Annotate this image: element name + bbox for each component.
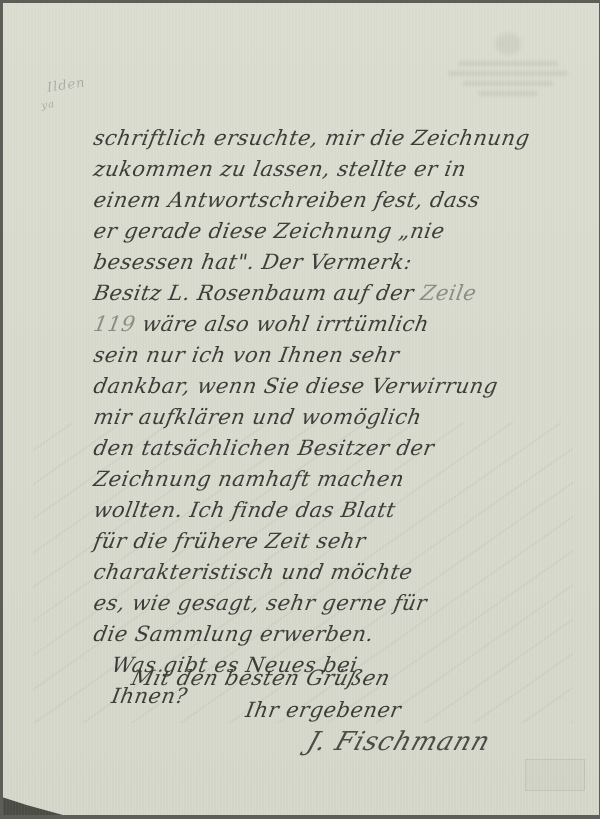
letter-paper: Ilden ya schriftlich ersuchte, mir die Z… (3, 3, 599, 815)
archive-stamp-ghost (525, 759, 585, 791)
letter-line-text: Besitz L. Rosenbaum auf der (92, 281, 423, 305)
letterhead-line (478, 91, 538, 96)
pencil-insert-zeile: Zeile (419, 281, 479, 305)
letter-line: sein nur ich von Ihnen sehr (91, 340, 576, 371)
pencil-insert-119: 119 (92, 312, 138, 336)
letter-line: es, wie gesagt, sehr gerne für (91, 588, 576, 619)
valediction-text: Ihr ergebener (243, 695, 404, 726)
letter-line: einem Antwortschreiben fest, dass (91, 185, 576, 216)
letter-line: dankbar, wenn Sie diese Verwirrung (91, 371, 576, 402)
letter-line: er gerade diese Zeichnung „nie (91, 216, 576, 247)
letter-line: 119 wäre also wohl irrtümlich (91, 309, 576, 340)
pencil-annotation: Ilden ya (46, 75, 88, 110)
letter-line: für die frühere Zeit sehr (91, 526, 576, 557)
letter-line: zukommen zu lassen, stellte er in (91, 154, 576, 185)
letterhead-line (458, 61, 558, 66)
folded-corner-shadow (3, 793, 63, 815)
letter-line: Zeichnung namhaft machen (91, 464, 576, 495)
signature: J. Fischmann (303, 727, 494, 757)
embossed-letterhead-ghost (443, 33, 573, 113)
crest-emboss-icon (495, 33, 521, 55)
letterhead-line (463, 81, 553, 86)
letter-line: den tatsächlichen Besitzer der (91, 433, 576, 464)
letter-line: wollten. Ich finde das Blatt (91, 495, 576, 526)
letter-line: schriftlich ersuchte, mir die Zeichnung (91, 123, 576, 154)
pencil-annotation-line1: Ilden (46, 75, 86, 95)
letter-closing: Mit den besten Grüßen (128, 663, 386, 694)
letter-line: mir aufklären und womöglich (91, 402, 576, 433)
pencil-annotation-line2: ya (41, 94, 89, 111)
letter-line: Besitz L. Rosenbaum auf der Zeile (91, 278, 576, 309)
closing-text: Mit den besten Grüßen (128, 663, 394, 694)
letterhead-line (448, 71, 568, 76)
scanned-letter-page: Ilden ya schriftlich ersuchte, mir die Z… (0, 0, 600, 819)
letter-line: charakteristisch und möchte (91, 557, 576, 588)
letter-line: besessen hat". Der Vermerk: (91, 247, 576, 278)
letter-body: schriftlich ersuchte, mir die Zeichnung … (91, 123, 571, 712)
letter-line-text: wäre also wohl irrtümlich (133, 312, 431, 336)
letter-valediction: Ihr ergebener (243, 695, 398, 726)
letter-line: die Sammlung erwerben. (91, 619, 576, 650)
